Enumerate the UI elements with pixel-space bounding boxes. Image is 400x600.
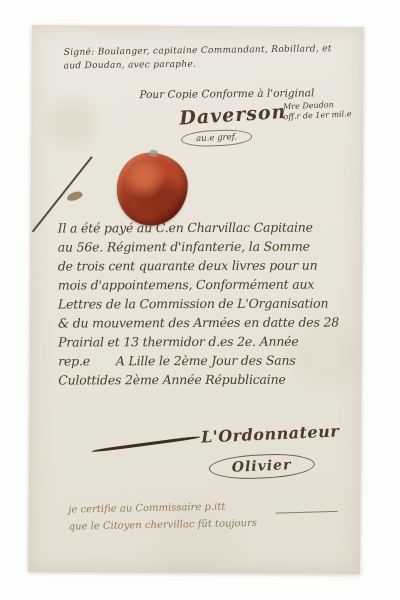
paper-stain xyxy=(66,190,83,202)
body-line: de trois cent quarante deux livres pour … xyxy=(58,256,339,276)
co-signature-title: off.r de 1er mil.e xyxy=(283,109,351,122)
body-line: Lettres de la Commission de L'Organisati… xyxy=(58,294,339,314)
body-line: & du mouvement des Armées en datte des 2… xyxy=(58,313,339,333)
footer-dash-stroke xyxy=(276,511,338,514)
co-signature: Mre Deudon off.r de 1er mil.e xyxy=(283,99,352,122)
manuscript-paper: Signé: Boulanger, capitaine Commandant, … xyxy=(28,25,364,574)
body-line: Il a été payé au C.en Charvillac Capitai… xyxy=(58,218,339,238)
body-line: mois d'appointemens, Conformément aux xyxy=(58,275,339,295)
footer-note: je certifie au Commissaire p.itt que le … xyxy=(68,498,257,536)
body-line: au 56e. Régiment d'infanterie, la Somme xyxy=(58,237,339,257)
ordonnateur-flourish-stroke xyxy=(91,435,200,453)
body-line: Culottides 2ème Année Républicaine xyxy=(58,370,339,390)
footer-note-line2: que le Citoyen chervillac fût toujours xyxy=(68,515,257,536)
seal-gray-nick xyxy=(149,150,158,157)
body-paragraph: Il a été payé au C.en Charvillac Capitai… xyxy=(58,218,340,390)
ordonnateur-title: L'Ordonnateur xyxy=(201,421,340,446)
red-wax-seal-icon xyxy=(117,152,189,225)
copy-certification-line: Pour Copie Conforme à l'original xyxy=(139,87,314,101)
greffe-note: au.e gref. xyxy=(181,129,253,148)
body-line: Prairial et 13 thermidor d.es 2e. Année xyxy=(58,332,339,352)
body-line-date: rep.eA Lille le 2ème Jour des Sans xyxy=(58,351,339,371)
header-note-line1: Signé: Boulanger, capitaine Commandant, … xyxy=(64,44,332,58)
body-line-rep: rep.e xyxy=(58,353,90,368)
olivier-signature: Olivier xyxy=(208,452,315,481)
header-note-line2: aud Doudan, avec paraphe. xyxy=(64,60,197,72)
daverson-signature: Daverson xyxy=(179,101,287,130)
body-line-lille: A Lille le 2ème Jour des Sans xyxy=(116,353,296,369)
